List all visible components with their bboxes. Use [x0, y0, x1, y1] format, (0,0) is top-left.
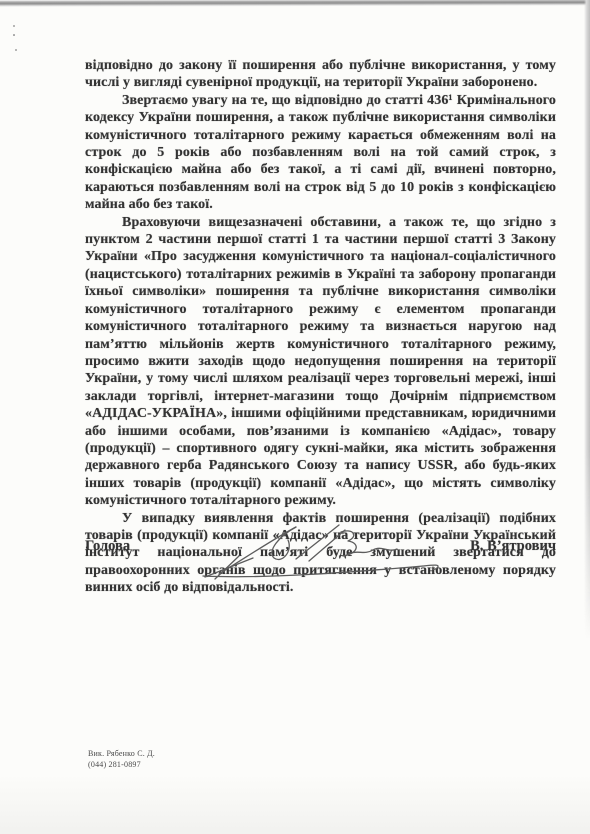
signature-title: Голова [85, 538, 130, 555]
scan-speck [15, 49, 17, 51]
scan-shading-bottom [0, 774, 590, 834]
paragraph-criminal-code: Звертаємо увагу на те, що відповідно до … [85, 92, 556, 214]
scan-speck [13, 34, 15, 36]
scan-edge-top [0, 0, 590, 7]
executor-name: Вик. Рябенко С. Д. [88, 748, 155, 759]
executor-phone: (044) 281-0897 [88, 759, 155, 770]
paragraph-request: Враховуючи вищезазначені обставини, а та… [85, 214, 556, 510]
handwritten-signature [195, 520, 450, 585]
scan-speck [13, 25, 15, 27]
executor-note: Вик. Рябенко С. Д. (044) 281-0897 [88, 748, 155, 770]
letter-body: відповідно до закону її поширення або пу… [85, 57, 556, 597]
paragraph-continuation: відповідно до закону її поширення або пу… [85, 57, 556, 92]
signature-name: В. В’ятрович [470, 538, 556, 555]
scanned-letter-page: { "colors": { "paper": "#fcfcfa", "ink":… [0, 0, 590, 834]
scan-edge-right [584, 0, 590, 640]
